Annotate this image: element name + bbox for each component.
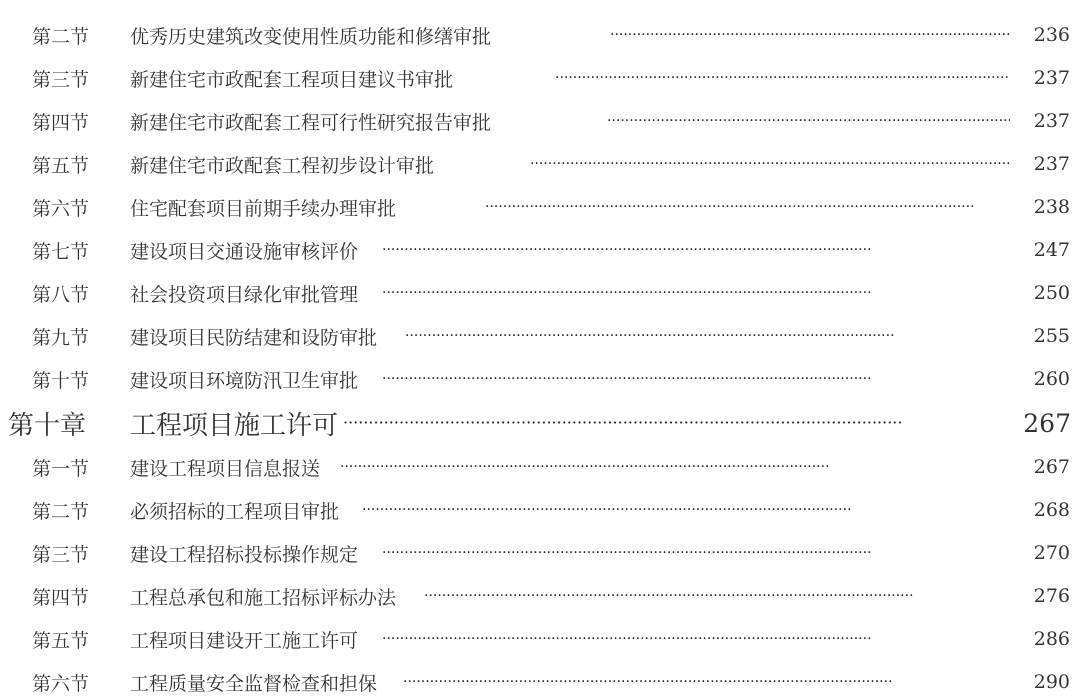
page-number: 236: [1034, 24, 1070, 46]
section-number: 第四节: [32, 108, 89, 135]
section-number: 第三节: [32, 540, 89, 567]
section-title: 优秀历史建筑改变使用性质功能和修缮审批: [130, 22, 491, 49]
toc-entry: 第三节 建设工程招标投标操作规定 ·······················…: [0, 533, 1080, 573]
section-title: 建设项目环境防汛卫生审批: [130, 366, 358, 393]
dot-leader: ········································…: [340, 459, 1010, 475]
page-number: 260: [1034, 368, 1070, 390]
page-number: 290: [1034, 671, 1070, 693]
toc-entry: 第一节 建设工程项目信息报送 ·························…: [0, 447, 1080, 487]
toc-entry: 第四节 工程总承包和施工招标评标办法 ·····················…: [0, 576, 1080, 616]
dot-leader: ········································…: [555, 70, 1010, 86]
dot-leader: ········································…: [382, 631, 1010, 647]
toc-entry: 第十节 建设项目环境防汛卫生审批 ·······················…: [0, 359, 1080, 399]
section-title: 新建住宅市政配套工程可行性研究报告审批: [130, 108, 491, 135]
section-number: 第五节: [32, 151, 89, 178]
page-number: 255: [1034, 325, 1070, 347]
page-number: 237: [1034, 153, 1070, 175]
toc-entry: 第七节 建设项目交通设施审核评价 ·······················…: [0, 230, 1080, 270]
section-title: 建设项目交通设施审核评价: [130, 237, 358, 264]
page-number: 237: [1034, 67, 1070, 89]
dot-leader: ········································…: [382, 242, 1010, 258]
page-number: 276: [1034, 585, 1070, 607]
page-number: 267: [1034, 456, 1070, 478]
section-title: 建设工程项目信息报送: [130, 454, 320, 481]
page-number: 267: [1023, 409, 1071, 438]
section-number: 第六节: [32, 669, 89, 696]
section-number: 第八节: [32, 280, 89, 307]
dot-leader: ········································…: [607, 113, 1010, 129]
section-number: 第一节: [32, 454, 89, 481]
dot-leader: ········································…: [403, 674, 1010, 690]
section-title: 住宅配套项目前期手续办理审批: [130, 194, 396, 221]
section-number: 第九节: [32, 323, 89, 350]
page-number: 238: [1034, 196, 1070, 218]
toc-entry: 第九节 建设项目民防结建和设防审批 ······················…: [0, 316, 1080, 356]
section-number: 第六节: [32, 194, 89, 221]
section-title: 建设项目民防结建和设防审批: [130, 323, 377, 350]
toc-entry: 第五节 新建住宅市政配套工程初步设计审批 ···················…: [0, 144, 1080, 184]
section-title: 建设工程招标投标操作规定: [130, 540, 358, 567]
page-number: 250: [1034, 282, 1070, 304]
toc-chapter-entry: 第十章 工程项目施工许可 ···························…: [0, 403, 1080, 443]
toc-entry: 第六节 工程质量安全监督检查和担保 ······················…: [0, 662, 1080, 696]
section-title: 必须招标的工程项目审批: [130, 497, 339, 524]
dot-leader: ········································…: [530, 156, 1010, 172]
section-title: 新建住宅市政配套工程项目建议书审批: [130, 65, 453, 92]
section-number: 第三节: [32, 65, 89, 92]
dot-leader: ········································…: [382, 285, 1010, 301]
toc-entry: 第五节 工程项目建设开工施工许可 ·······················…: [0, 619, 1080, 659]
page-number: 270: [1034, 542, 1070, 564]
section-number: 第十节: [32, 366, 89, 393]
dot-leader: ········································…: [485, 199, 1010, 215]
section-number: 第二节: [32, 497, 89, 524]
dot-leader: ········································…: [382, 545, 1010, 561]
dot-leader: ········································…: [362, 502, 1010, 518]
section-number: 第五节: [32, 626, 89, 653]
dot-leader: ········································…: [610, 27, 1010, 43]
dot-leader: ········································…: [405, 328, 1010, 344]
section-number: 第二节: [32, 22, 89, 49]
section-title: 工程质量安全监督检查和担保: [130, 669, 377, 696]
toc-entry: 第二节 优秀历史建筑改变使用性质功能和修缮审批 ················…: [0, 15, 1080, 55]
dot-leader: ········································…: [343, 413, 1004, 432]
chapter-title: 工程项目施工许可: [130, 405, 338, 442]
page-number: 247: [1034, 239, 1070, 261]
section-title: 工程总承包和施工招标评标办法: [130, 583, 396, 610]
toc-entry: 第四节 新建住宅市政配套工程可行性研究报告审批 ················…: [0, 101, 1080, 141]
chapter-number: 第十章: [8, 405, 86, 442]
section-number: 第七节: [32, 237, 89, 264]
dot-leader: ········································…: [424, 588, 1010, 604]
page-number: 237: [1034, 110, 1070, 132]
toc-entry: 第三节 新建住宅市政配套工程项目建议书审批 ··················…: [0, 58, 1080, 98]
section-number: 第四节: [32, 583, 89, 610]
section-title: 工程项目建设开工施工许可: [130, 626, 358, 653]
section-title: 新建住宅市政配套工程初步设计审批: [130, 151, 434, 178]
toc-entry: 第八节 社会投资项目绿化审批管理 ·······················…: [0, 273, 1080, 313]
section-title: 社会投资项目绿化审批管理: [130, 280, 358, 307]
page-number: 268: [1034, 499, 1070, 521]
page-number: 286: [1034, 628, 1070, 650]
toc-entry: 第六节 住宅配套项目前期手续办理审批 ·····················…: [0, 187, 1080, 227]
dot-leader: ········································…: [382, 371, 1010, 387]
toc-entry: 第二节 必须招标的工程项目审批 ························…: [0, 490, 1080, 530]
